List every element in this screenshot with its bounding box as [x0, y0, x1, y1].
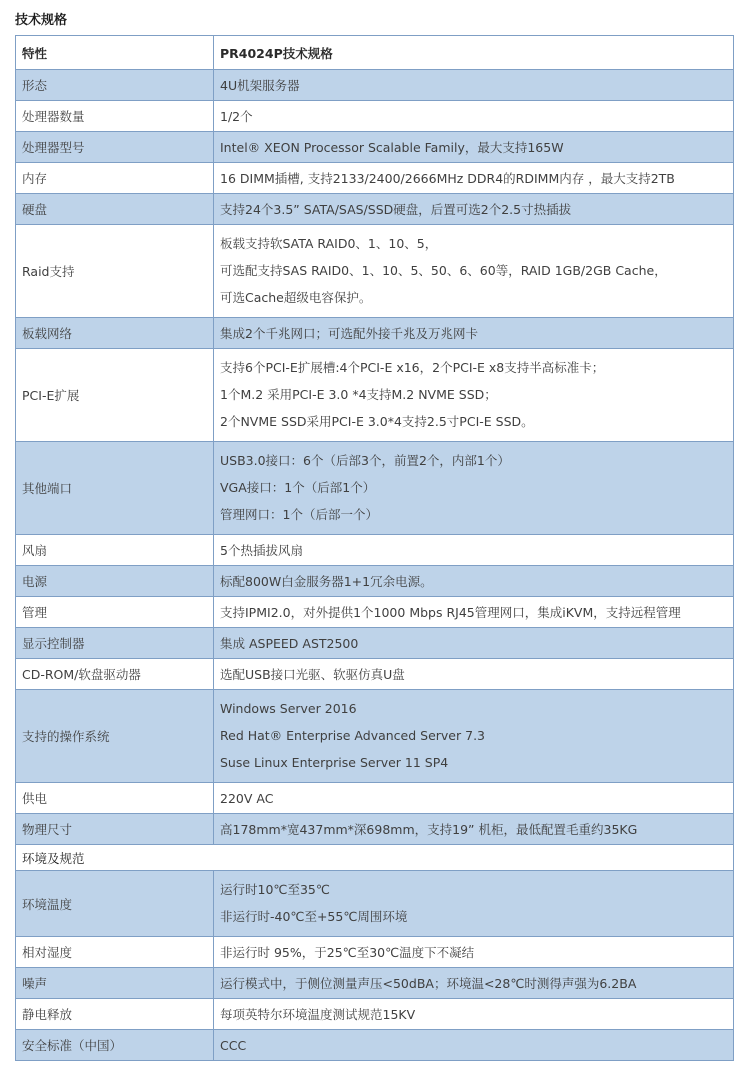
spec-value-line: 可选Cache超级电容保护。 [220, 288, 727, 308]
spec-label: 静电释放 [16, 999, 214, 1030]
spec-value-line: USB3.0接口：6个（后部3个，前置2个，内部1个） [220, 451, 727, 471]
table-row: 物理尺寸 高178mm*宽437mm*深698mm，支持19” 机柜，最低配置毛… [16, 814, 734, 845]
table-row: 供电 220V AC [16, 783, 734, 814]
spec-table: 特性 PR4024P技术规格 形态 4U机架服务器 处理器数量 1/2个 处理器… [15, 35, 734, 1061]
table-row: Raid支持 板载支持软SATA RAID0、1、10、5， 可选配支持SAS … [16, 225, 734, 318]
spec-label: 管理 [16, 597, 214, 628]
spec-label: 环境温度 [16, 871, 214, 937]
spec-label: 内存 [16, 163, 214, 194]
spec-value-line: 2个NVME SSD采用PCI-E 3.0*4支持2.5寸PCI-E SSD。 [220, 412, 727, 432]
table-row: 安全标准（中国） CCC [16, 1030, 734, 1061]
table-row: 形态 4U机架服务器 [16, 70, 734, 101]
table-row: 其他端口 USB3.0接口：6个（后部3个，前置2个，内部1个） VGA接口：1… [16, 442, 734, 535]
spec-value-line: 板载支持软SATA RAID0、1、10、5， [220, 234, 727, 254]
spec-label: 硬盘 [16, 194, 214, 225]
table-row: PCI-E扩展 支持6个PCI-E扩展槽:4个PCI-E x16，2个PCI-E… [16, 349, 734, 442]
spec-value-line: Windows Server 2016 [220, 699, 727, 719]
spec-label: 供电 [16, 783, 214, 814]
spec-value: 板载支持软SATA RAID0、1、10、5， 可选配支持SAS RAID0、1… [214, 225, 734, 318]
spec-value: 5个热插拔风扇 [214, 535, 734, 566]
spec-value: Windows Server 2016 Red Hat® Enterprise … [214, 690, 734, 783]
spec-value: 选配USB接口光驱、软驱仿真U盘 [214, 659, 734, 690]
table-header-row: 特性 PR4024P技术规格 [16, 36, 734, 70]
spec-label: PCI-E扩展 [16, 349, 214, 442]
table-row: 环境温度 运行时10℃至35℃ 非运行时-40℃至+55℃周围环境 [16, 871, 734, 937]
spec-label: 形态 [16, 70, 214, 101]
table-row: 板载网络 集成2个千兆网口；可选配外接千兆及万兆网卡 [16, 318, 734, 349]
spec-value-line: 1个M.2 采用PCI-E 3.0 *4支持M.2 NVME SSD； [220, 385, 727, 405]
spec-value: 运行时10℃至35℃ 非运行时-40℃至+55℃周围环境 [214, 871, 734, 937]
spec-value: 标配800W白金服务器1+1冗余电源。 [214, 566, 734, 597]
spec-label: CD-ROM/软盘驱动器 [16, 659, 214, 690]
spec-value: 220V AC [214, 783, 734, 814]
table-row: 处理器数量 1/2个 [16, 101, 734, 132]
spec-value-line: VGA接口：1个（后部1个） [220, 478, 727, 498]
spec-label: 物理尺寸 [16, 814, 214, 845]
spec-label: 显示控制器 [16, 628, 214, 659]
spec-label: 安全标准（中国） [16, 1030, 214, 1061]
section-title: 环境及规范 [16, 845, 734, 871]
table-row: 相对湿度 非运行时 95%，于25℃至30℃温度下不凝结 [16, 937, 734, 968]
spec-value: CCC [214, 1030, 734, 1061]
spec-label: 风扇 [16, 535, 214, 566]
table-row: 噪声 运行模式中，于侧位测量声压<50dBA；环境温<28℃时测得声强为6.2B… [16, 968, 734, 999]
spec-label: 其他端口 [16, 442, 214, 535]
spec-label: 噪声 [16, 968, 214, 999]
table-row: 硬盘 支持24个3.5” SATA/SAS/SSD硬盘，后置可选2个2.5寸热插… [16, 194, 734, 225]
spec-value-line: 支持6个PCI-E扩展槽:4个PCI-E x16，2个PCI-E x8支持半高标… [220, 358, 727, 378]
table-row: 处理器型号 Intel® XEON Processor Scalable Fam… [16, 132, 734, 163]
table-row: 电源 标配800W白金服务器1+1冗余电源。 [16, 566, 734, 597]
table-row: 静电释放 每项英特尔环境温度测试规范15KV [16, 999, 734, 1030]
feature-column-header: 特性 [16, 36, 214, 70]
spec-label: 电源 [16, 566, 214, 597]
spec-value-line: Suse Linux Enterprise Server 11 SP4 [220, 753, 727, 773]
spec-value: 每项英特尔环境温度测试规范15KV [214, 999, 734, 1030]
table-row: CD-ROM/软盘驱动器 选配USB接口光驱、软驱仿真U盘 [16, 659, 734, 690]
spec-value-line: 运行时10℃至35℃ [220, 880, 727, 900]
table-row: 内存 16 DIMM插槽, 支持2133/2400/2666MHz DDR4的R… [16, 163, 734, 194]
spec-value: 非运行时 95%，于25℃至30℃温度下不凝结 [214, 937, 734, 968]
spec-value-line: 非运行时-40℃至+55℃周围环境 [220, 907, 727, 927]
spec-value: 4U机架服务器 [214, 70, 734, 101]
spec-value: 高178mm*宽437mm*深698mm，支持19” 机柜，最低配置毛重约35K… [214, 814, 734, 845]
spec-value: USB3.0接口：6个（后部3个，前置2个，内部1个） VGA接口：1个（后部1… [214, 442, 734, 535]
page-container: 技术规格 特性 PR4024P技术规格 形态 4U机架服务器 处理器数量 1/2… [0, 0, 750, 1071]
spec-value-line: 可选配支持SAS RAID0、1、10、5、50、6、60等，RAID 1GB/… [220, 261, 727, 281]
spec-label: 相对湿度 [16, 937, 214, 968]
section-header-row: 环境及规范 [16, 845, 734, 871]
spec-value: 16 DIMM插槽, 支持2133/2400/2666MHz DDR4的RDIM… [214, 163, 734, 194]
spec-column-header: PR4024P技术规格 [214, 36, 734, 70]
spec-value: Intel® XEON Processor Scalable Family，最大… [214, 132, 734, 163]
spec-label: 处理器数量 [16, 101, 214, 132]
table-row: 管理 支持IPMI2.0，对外提供1个1000 Mbps RJ45管理网口，集成… [16, 597, 734, 628]
spec-label: Raid支持 [16, 225, 214, 318]
table-row: 显示控制器 集成 ASPEED AST2500 [16, 628, 734, 659]
spec-value-line: Red Hat® Enterprise Advanced Server 7.3 [220, 726, 727, 746]
table-row: 支持的操作系统 Windows Server 2016 Red Hat® Ent… [16, 690, 734, 783]
spec-label: 板载网络 [16, 318, 214, 349]
spec-value: 支持6个PCI-E扩展槽:4个PCI-E x16，2个PCI-E x8支持半高标… [214, 349, 734, 442]
spec-label: 支持的操作系统 [16, 690, 214, 783]
spec-value: 集成2个千兆网口；可选配外接千兆及万兆网卡 [214, 318, 734, 349]
spec-label: 处理器型号 [16, 132, 214, 163]
spec-value: 运行模式中，于侧位测量声压<50dBA；环境温<28℃时测得声强为6.2BA [214, 968, 734, 999]
spec-value: 1/2个 [214, 101, 734, 132]
page-title: 技术规格 [15, 9, 735, 28]
table-row: 风扇 5个热插拔风扇 [16, 535, 734, 566]
spec-value: 支持IPMI2.0，对外提供1个1000 Mbps RJ45管理网口，集成iKV… [214, 597, 734, 628]
spec-value: 集成 ASPEED AST2500 [214, 628, 734, 659]
spec-value: 支持24个3.5” SATA/SAS/SSD硬盘，后置可选2个2.5寸热插拔 [214, 194, 734, 225]
spec-value-line: 管理网口：1个（后部一个） [220, 505, 727, 525]
